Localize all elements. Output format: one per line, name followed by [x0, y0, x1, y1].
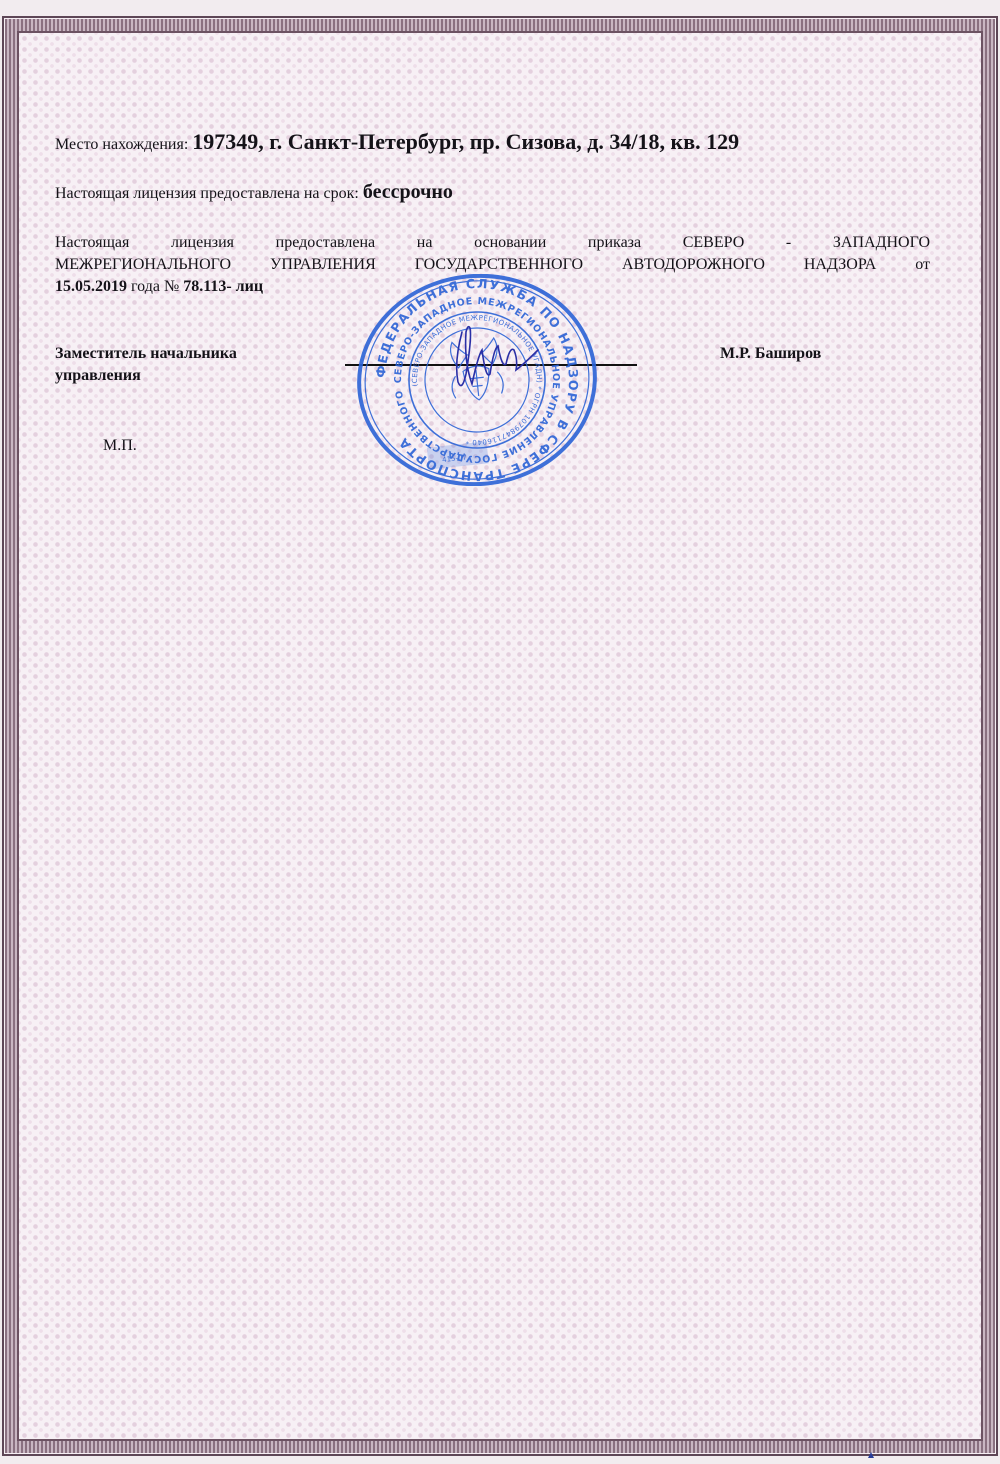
stamp-center-circle	[420, 323, 534, 437]
location-label: Место нахождения:	[55, 136, 192, 153]
basis-line-3: 15.05.2019 года № 78.113- лиц	[55, 276, 930, 298]
stamp-outer-circle-thin	[355, 274, 598, 486]
signer-title: Заместитель начальника управления	[55, 343, 237, 387]
basis-line-1: Настоящая лицензия предоставлена на осно…	[55, 232, 930, 254]
stamp-outer-text: ФЕДЕРАЛЬНАЯ СЛУЖБА ПО НАДЗОРУ В СФЕРЕ ТР…	[363, 274, 591, 486]
basis-line-2: МЕЖРЕГИОНАЛЬНОГО УПРАВЛЕНИЯ ГОСУДАРСТВЕН…	[55, 254, 930, 276]
coat-of-arms-icon	[447, 338, 504, 403]
term-row: Настоящая лицензия предоставлена на срок…	[55, 182, 453, 204]
signer-title-line-1: Заместитель начальника	[55, 343, 237, 365]
stamp-middle-text: СЕВЕРО-ЗАПАДНОЕ МЕЖРЕГИОНАЛЬНОЕ УПРАВЛЕН…	[352, 274, 569, 477]
term-label: Настоящая лицензия предоставлена на срок…	[55, 185, 363, 202]
order-year-word: года №	[127, 278, 183, 295]
stamp-inner-circle	[402, 305, 551, 454]
stamp-serial-box	[427, 441, 489, 469]
signature-scribble	[457, 327, 538, 386]
location-row: Место нахождения: 197349, г. Санкт-Петер…	[55, 132, 739, 155]
scan-mark	[868, 1452, 874, 1458]
seal-place-label: М.П.	[103, 436, 137, 456]
location-value: 197349, г. Санкт-Петербург, пр. Сизова, …	[192, 129, 739, 154]
order-date: 15.05.2019	[55, 278, 127, 295]
signature-line	[345, 364, 637, 366]
term-value: бессрочно	[363, 181, 453, 203]
stamp-inner-text: (СЕВЕРО-ЗАПАДНОЕ МЕЖРЕГИОНАЛЬНОЕ УГАДН) …	[404, 307, 549, 452]
signer-name: М.Р. Баширов	[720, 343, 821, 365]
stamp-serial: 415-07	[442, 454, 467, 465]
document-content: Место нахождения: 197349, г. Санкт-Петер…	[0, 0, 1000, 1464]
stamp-outer-circle	[352, 274, 602, 486]
official-stamp: ФЕДЕРАЛЬНАЯ СЛУЖБА ПО НАДЗОРУ В СФЕРЕ ТР…	[352, 274, 602, 486]
order-number: 78.113- лиц	[183, 278, 263, 295]
signer-title-line-2: управления	[55, 365, 237, 387]
